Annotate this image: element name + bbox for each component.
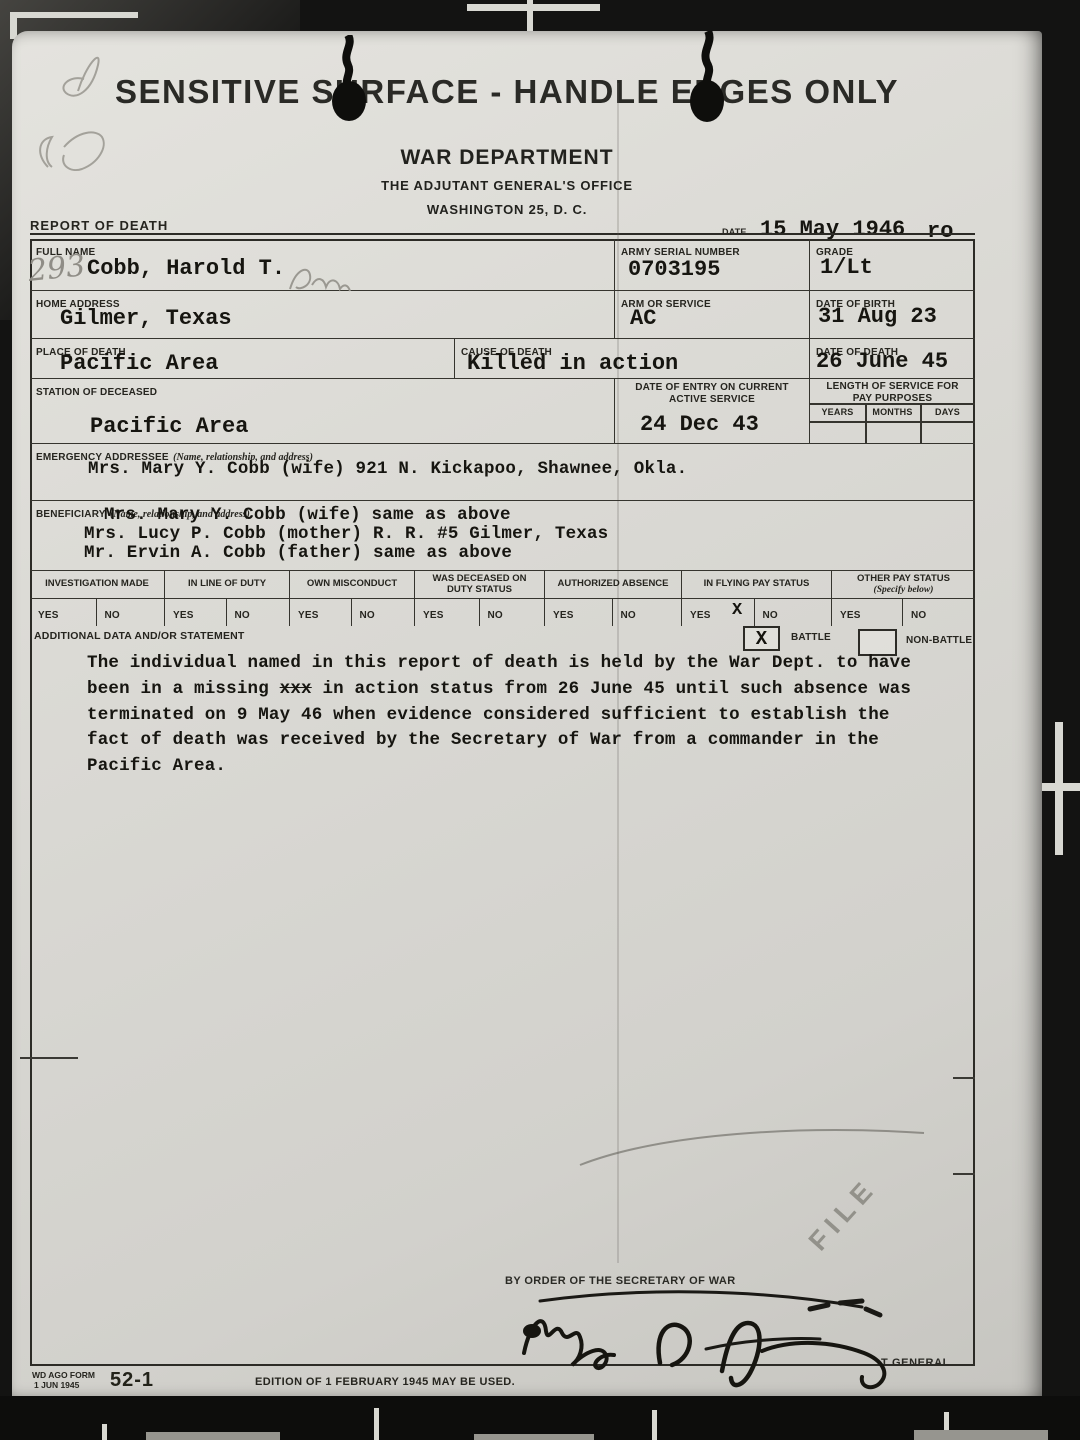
deceased-duty-no: NO: [488, 610, 503, 621]
grid-group-investigation: INVESTIGATION MADE YES NO: [30, 571, 165, 626]
fold-tick-left: [20, 1057, 78, 1059]
other-pay-yes: YES: [840, 610, 861, 621]
authorized-absence-label: AUTHORIZED ABSENCE: [545, 571, 681, 599]
form-number: 52-1: [110, 1369, 154, 1392]
length-of-service-label: LENGTH OF SERVICE FOR PAY PURPOSES: [810, 379, 975, 406]
registration-cross-right-horizontal: [1040, 783, 1080, 791]
additional-data-label: ADDITIONAL DATA AND/OR STATEMENT: [34, 630, 245, 642]
line-of-duty-label: IN LINE OF DUTY: [165, 571, 289, 599]
deceased-duty-yes: YES: [423, 610, 444, 621]
deceased-duty-status-label: WAS DECEASED ON DUTY STATUS: [415, 571, 544, 599]
arm-service-value: AC: [630, 306, 656, 331]
other-pay-status-label: OTHER PAY STATUS (Specify below): [832, 571, 975, 599]
own-misconduct-label: OWN MISCONDUCT: [290, 571, 414, 599]
emergency-addressee-value: Mrs. Mary Y. Cobb (wife) 921 N. Kickapoo…: [88, 459, 687, 479]
days-label: DAYS: [920, 407, 975, 417]
flying-pay-status-label: IN FLYING PAY STATUS: [682, 571, 831, 599]
beneficiary-label: BENEFICIARY: [36, 509, 106, 520]
handwritten-case-number: 293: [26, 248, 87, 289]
punch-hole-left: [328, 35, 370, 127]
grid-group-own-misconduct: OWN MISCONDUCT YES NO: [290, 571, 415, 626]
war-department-title: WAR DEPARTMENT: [12, 146, 1002, 170]
other-pay-status-label-text: OTHER PAY STATUS: [857, 574, 950, 585]
document-paper: SENSITIVE SURFACE - HANDLE EDGES ONLY WA…: [12, 31, 1042, 1403]
non-battle-label: NON-BATTLE: [906, 635, 972, 647]
authorized-absence-no: NO: [621, 610, 636, 621]
statement-paragraph: The individual named in this report of d…: [87, 651, 967, 780]
fold-tick-right-1: [953, 1077, 975, 1079]
battle-checkbox: X: [743, 626, 780, 651]
statement-line-1: The individual named in this report of d…: [87, 651, 967, 677]
bottom-tick-3: [652, 1410, 657, 1440]
bottom-tick-1: [102, 1424, 107, 1440]
grid-group-other-pay-status: OTHER PAY STATUS (Specify below) YES NO: [832, 571, 975, 626]
entry-date-value: 24 Dec 43: [640, 412, 759, 437]
length-subheader-rule: [810, 403, 975, 405]
grid-group-line-of-duty: IN LINE OF DUTY YES NO: [165, 571, 290, 626]
statement-line-2-pre: been in a missing: [87, 679, 280, 699]
beneficiary-line-2: Mrs. Lucy P. Cobb (mother) R. R. #5 Gilm…: [84, 524, 608, 544]
beneficiary-line-3: Mr. Ervin A. Cobb (father) same as above: [84, 543, 512, 563]
punch-hole-right: [686, 31, 728, 127]
pencil-arc: [572, 1119, 932, 1169]
fold-tick-right-2: [953, 1173, 975, 1175]
cause-of-death-value: Killed in action: [467, 351, 678, 376]
investigation-yes: YES: [38, 610, 59, 621]
washington-line: WASHINGTON 25, D. C.: [12, 202, 1002, 217]
date-of-birth-value: 31 Aug 23: [818, 304, 937, 329]
years-label: YEARS: [810, 407, 865, 417]
grid-group-authorized-absence: AUTHORIZED ABSENCE YES NO: [545, 571, 682, 626]
entry-date-label: DATE OF ENTRY ON CURRENT ACTIVE SERVICE: [627, 382, 797, 405]
form-id-line-1: WD AGO FORM: [32, 1370, 95, 1380]
sensitive-surface-banner: SENSITIVE SURFACE - HANDLE EDGES ONLY: [12, 73, 1002, 111]
flying-pay-no: NO: [763, 610, 778, 621]
edition-note: EDITION OF 1 FEBRUARY 1945 MAY BE USED.: [255, 1376, 515, 1388]
flying-pay-yes: YES: [690, 610, 711, 621]
statement-line-4: fact of death was received by the Secret…: [87, 728, 967, 754]
grade-value: 1/Lt: [820, 255, 873, 280]
battle-label: BATTLE: [791, 632, 831, 644]
other-pay-no: NO: [911, 610, 926, 621]
bottom-gray-rect-3: [914, 1430, 1048, 1440]
battle-checkbox-mark: X: [756, 628, 767, 650]
bottom-tick-2: [374, 1408, 379, 1440]
line-of-duty-yes: YES: [173, 610, 194, 621]
statement-line-5: Pacific Area.: [87, 754, 967, 780]
other-pay-status-note: (Specify below): [874, 585, 934, 596]
statement-line-2-post: in action status from 26 June 45 until s…: [312, 679, 911, 699]
statement-line-2: been in a missing xxx in action status f…: [87, 677, 967, 703]
line-of-duty-no: NO: [235, 610, 250, 621]
signature: [510, 1279, 920, 1404]
date-of-death-value: 26 June 45: [816, 349, 948, 374]
report-title: REPORT OF DEATH: [30, 219, 168, 234]
registration-l-mark-horizontal: [10, 12, 138, 18]
full-name-value: Cobb, Harold T.: [87, 256, 285, 281]
flying-pay-x-mark: X: [732, 601, 742, 620]
investigation-label: INVESTIGATION MADE: [30, 571, 164, 599]
station-label: STATION OF DECEASED: [36, 387, 157, 398]
adjutant-general-office-line: THE ADJUTANT GENERAL'S OFFICE: [12, 178, 1002, 193]
form-id-line-2: 1 JUN 1945: [34, 1380, 79, 1390]
statement-line-3: terminated on 9 May 46 when evidence con…: [87, 703, 967, 729]
months-label: MONTHS: [865, 407, 920, 417]
place-of-death-value: Pacific Area: [60, 351, 218, 376]
bottom-gray-rect-2: [474, 1434, 594, 1440]
length-subheader-rule-2: [810, 421, 975, 423]
authorized-absence-yes: YES: [553, 610, 574, 621]
serial-value: 0703195: [628, 257, 720, 282]
grid-group-deceased-duty-status: WAS DECEASED ON DUTY STATUS YES NO: [415, 571, 545, 626]
station-value: Pacific Area: [90, 414, 248, 439]
beneficiary-line-1: Mrs. Mary Y. Cobb (wife) same as above: [104, 505, 511, 525]
registration-cross-top-horizontal: [467, 4, 600, 11]
statement-struck-text: xxx: [280, 679, 312, 699]
scanned-photo: { "colors": { "paper": "#dad9d4", "ink":…: [0, 0, 1080, 1440]
bottom-gray-rect-1: [146, 1432, 280, 1440]
own-misconduct-yes: YES: [298, 610, 319, 621]
grid-group-flying-pay-status: IN FLYING PAY STATUS YES X NO: [682, 571, 832, 626]
own-misconduct-no: NO: [360, 610, 375, 621]
investigation-no: NO: [105, 610, 120, 621]
form-top-rule: [30, 233, 975, 235]
home-address-value: Gilmer, Texas: [60, 306, 232, 331]
